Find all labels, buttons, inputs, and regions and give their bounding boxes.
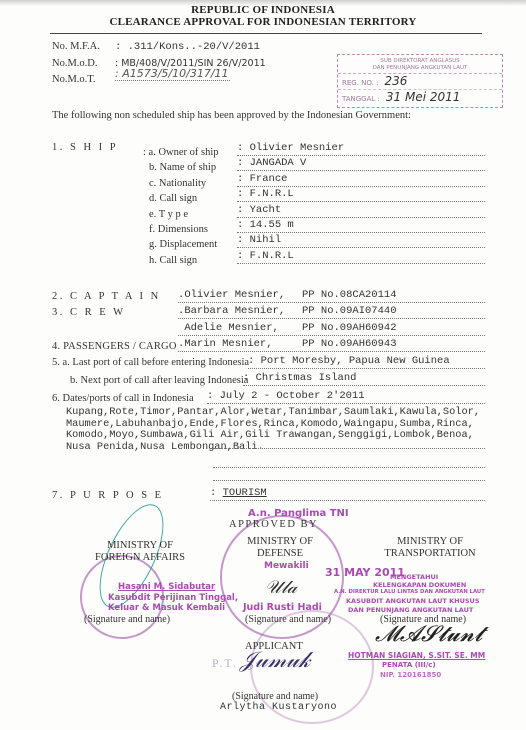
reg-stamp-header-2: DAN PENUNJANG ANGKUTAN LAUT bbox=[338, 65, 502, 72]
mod-ministry: MINISTRY OFDEFENSE bbox=[230, 536, 330, 560]
mod-signatory: Judi Rusti Hadi bbox=[243, 602, 322, 613]
ship-type-value: : Yacht bbox=[237, 204, 485, 218]
header-rule bbox=[50, 33, 482, 34]
ship-type-label: e. T y p e bbox=[143, 209, 188, 220]
dates-value: : July 2 - October 2'2011 bbox=[207, 390, 485, 404]
passenger-passport: PP No.09AH60943 bbox=[302, 338, 397, 350]
reg-date-label: TANGGAL : bbox=[342, 95, 380, 103]
captain-name: Olivier Mesnier, bbox=[184, 289, 285, 301]
header-country: REPUBLIC OF INDONESIA bbox=[0, 4, 526, 16]
ship-fields: : a. Owner of ship: Olivier Mesnier b. N… bbox=[143, 142, 485, 265]
crew-2-name: Adelie Mesnier, bbox=[184, 322, 279, 334]
mfa-title-1: Kasubdit Perijinan Tinggal, bbox=[108, 593, 238, 603]
crew-2-passport: PP No.09AH60942 bbox=[302, 322, 397, 334]
ref-mfa-label: No. M.F.A. bbox=[52, 41, 100, 52]
intro-text: The following non scheduled ship has bee… bbox=[52, 110, 411, 121]
ship-displacement-row: g. Displacement: Nihil bbox=[143, 234, 485, 249]
section-purpose: 7. P U R P O S E bbox=[52, 490, 164, 501]
ship-name-label: b. Name of ship bbox=[143, 162, 216, 173]
dates-label: 6. Dates/ports of call in Indonesia bbox=[52, 393, 194, 404]
mod-signature-icon: 𝒰𝓁𝒶 bbox=[265, 577, 297, 598]
crew-entry-2: Adelie Mesnier,PP No.09AH60942 bbox=[178, 322, 485, 336]
reg-stamp-header-1: SUB DIREKTORAT ANGLASUS bbox=[338, 58, 502, 65]
itinerary-dotline-2 bbox=[213, 467, 485, 468]
applicant-signature-label: (Signature and name) bbox=[232, 691, 318, 702]
captain-entry: .Olivier Mesnier,PP No.08CA20114 bbox=[178, 289, 485, 303]
section-ship: 1. S H I P bbox=[52, 142, 118, 153]
ref-mot-value: : A1573/5/10/317/11 bbox=[115, 67, 230, 81]
ship-owner-value: : Olivier Mesnier bbox=[237, 142, 485, 156]
section-passengers: 4. PASSENGERS / CARGO bbox=[52, 341, 177, 352]
mot-signature-icon: 𝓜𝓐𝓢𝓽𝓾𝓷𝓽 bbox=[375, 622, 483, 647]
registration-stamp: SUB DIREKTORAT ANGLASUSDAN PENUNJANG ANG… bbox=[337, 54, 503, 108]
ship-nationality-label: c. Nationality bbox=[143, 178, 206, 189]
mot-ministry: MINISTRY OFTRANSPORTATION bbox=[370, 536, 490, 560]
ship-callsign-value: : F.N.R.L bbox=[237, 188, 485, 202]
applicant-signature-icon: 𝒥𝓊𝓂𝓊𝓀 bbox=[240, 648, 310, 673]
crew-entry-1: .Barbara Mesnier,PP No.09AI07440 bbox=[178, 305, 485, 319]
mot-nip: NIP. 120161850 bbox=[380, 671, 441, 679]
ship-callsign2-row: h. Call sign: F.N.R.L bbox=[143, 250, 485, 265]
itinerary-dotline-3 bbox=[213, 480, 485, 481]
applicant-company-stamp: P.T. bbox=[212, 656, 238, 671]
ref-mfa-value: : .311/Kons..-20/V/2011 bbox=[115, 41, 260, 53]
next-port-value: : Christmas Island bbox=[243, 372, 485, 386]
mod-stamp-mid: Mewakili bbox=[264, 561, 309, 571]
ship-nationality-value: : France bbox=[237, 173, 485, 187]
reg-no-label: REG. NO. : bbox=[342, 79, 378, 87]
crew-1-name: Barbara Mesnier, bbox=[184, 305, 285, 317]
itinerary-dotline-1 bbox=[213, 448, 485, 449]
section-crew: 3. C R E W bbox=[52, 307, 126, 318]
reg-no-value: 236 bbox=[384, 74, 407, 88]
ship-dimensions-label: f. Dimensions bbox=[143, 224, 208, 235]
mot-stamp-line4: KASUBDIT ANGKUTAN LAUT KHUSUS bbox=[346, 597, 480, 605]
ship-nationality-row: c. Nationality: France bbox=[143, 173, 485, 188]
crew-1-passport: PP No.09AI07440 bbox=[302, 305, 397, 317]
ship-name-row: b. Name of ship: JANGADA V bbox=[143, 157, 485, 172]
reg-date-value: 31 Mei 2011 bbox=[386, 90, 461, 104]
last-port-value: : Port Moresby, Papua New Guinea bbox=[248, 355, 485, 369]
applicant-name: Arlytha Kustaryono bbox=[220, 702, 337, 713]
section-captain: 2. C A P T A I N bbox=[52, 291, 161, 302]
ship-callsign2-value: : F.N.R.L bbox=[237, 250, 485, 264]
passenger-entry: .Marin Mesnier,PP No.09AH60943 bbox=[178, 338, 485, 352]
ship-callsign2-label: h. Call sign bbox=[143, 255, 197, 266]
ship-dimensions-value: : 14.55 m bbox=[237, 219, 485, 233]
mfa-signature-label: (Signature and name) bbox=[84, 614, 170, 625]
mod-stamp-top: A.n. Panglima TNI bbox=[248, 508, 349, 519]
ship-displacement-label: g. Displacement bbox=[143, 239, 217, 250]
mfa-signatory: Hasani M. Sidabutar bbox=[118, 582, 215, 592]
mot-stamp-line5: DAN PENUNJANG ANGKUTAN LAUT bbox=[348, 606, 473, 614]
ship-displacement-value: : Nihil bbox=[237, 234, 485, 248]
passenger-name: Marin Mesnier, bbox=[184, 338, 272, 350]
ship-callsign-label: d. Call sign bbox=[143, 193, 197, 204]
ship-name-value: : JANGADA V bbox=[237, 157, 485, 171]
ship-type-row: e. T y p e: Yacht bbox=[143, 204, 485, 219]
mod-signature-label: (Signature and name) bbox=[245, 614, 331, 625]
purpose-value: : TOURISM bbox=[210, 487, 485, 501]
ship-callsign-row: d. Call sign: F.N.R.L bbox=[143, 188, 485, 203]
approved-by-label: APPROVED BY bbox=[229, 519, 318, 530]
document-title: CLEARANCE APPROVAL FOR INDONESIAN TERRIT… bbox=[0, 16, 526, 28]
mot-stamp-line1: MENGETAHUI bbox=[390, 573, 438, 581]
last-port-label: 5. a. Last port of call before entering … bbox=[52, 357, 249, 368]
mfa-ministry: MINISTRY OFFOREIGN AFFAIRS bbox=[90, 540, 190, 564]
mot-stamp-line2: KELENGKAPAN DOKUMEN bbox=[373, 581, 466, 589]
ref-mod-label: No.M.o.D. bbox=[52, 58, 98, 69]
itinerary-ports: Kupang,Rote,Timor,Pantar,Alor,Wetar,Tani… bbox=[66, 407, 480, 453]
mot-signatory: HOTMAN SIAGIAN, S.SIT. SE. MM bbox=[348, 651, 485, 660]
ship-dimensions-row: f. Dimensions: 14.55 m bbox=[143, 219, 485, 234]
mot-stamp-line3: A.N. DIREKTUR LALU LINTAS DAN ANGKUTAN L… bbox=[334, 589, 485, 595]
captain-passport: PP No.08CA20114 bbox=[302, 289, 397, 301]
ship-owner-label: : a. Owner of ship bbox=[143, 147, 219, 158]
mfa-title-2: Keluar & Masuk Kembali bbox=[108, 603, 225, 613]
next-port-label: b. Next port of call after leaving Indon… bbox=[70, 375, 248, 386]
ref-mot-label: No.M.o.T. bbox=[52, 74, 96, 85]
ship-owner-row: : a. Owner of ship: Olivier Mesnier bbox=[143, 142, 485, 157]
mot-rank: PENATA (III/c) bbox=[382, 661, 436, 669]
